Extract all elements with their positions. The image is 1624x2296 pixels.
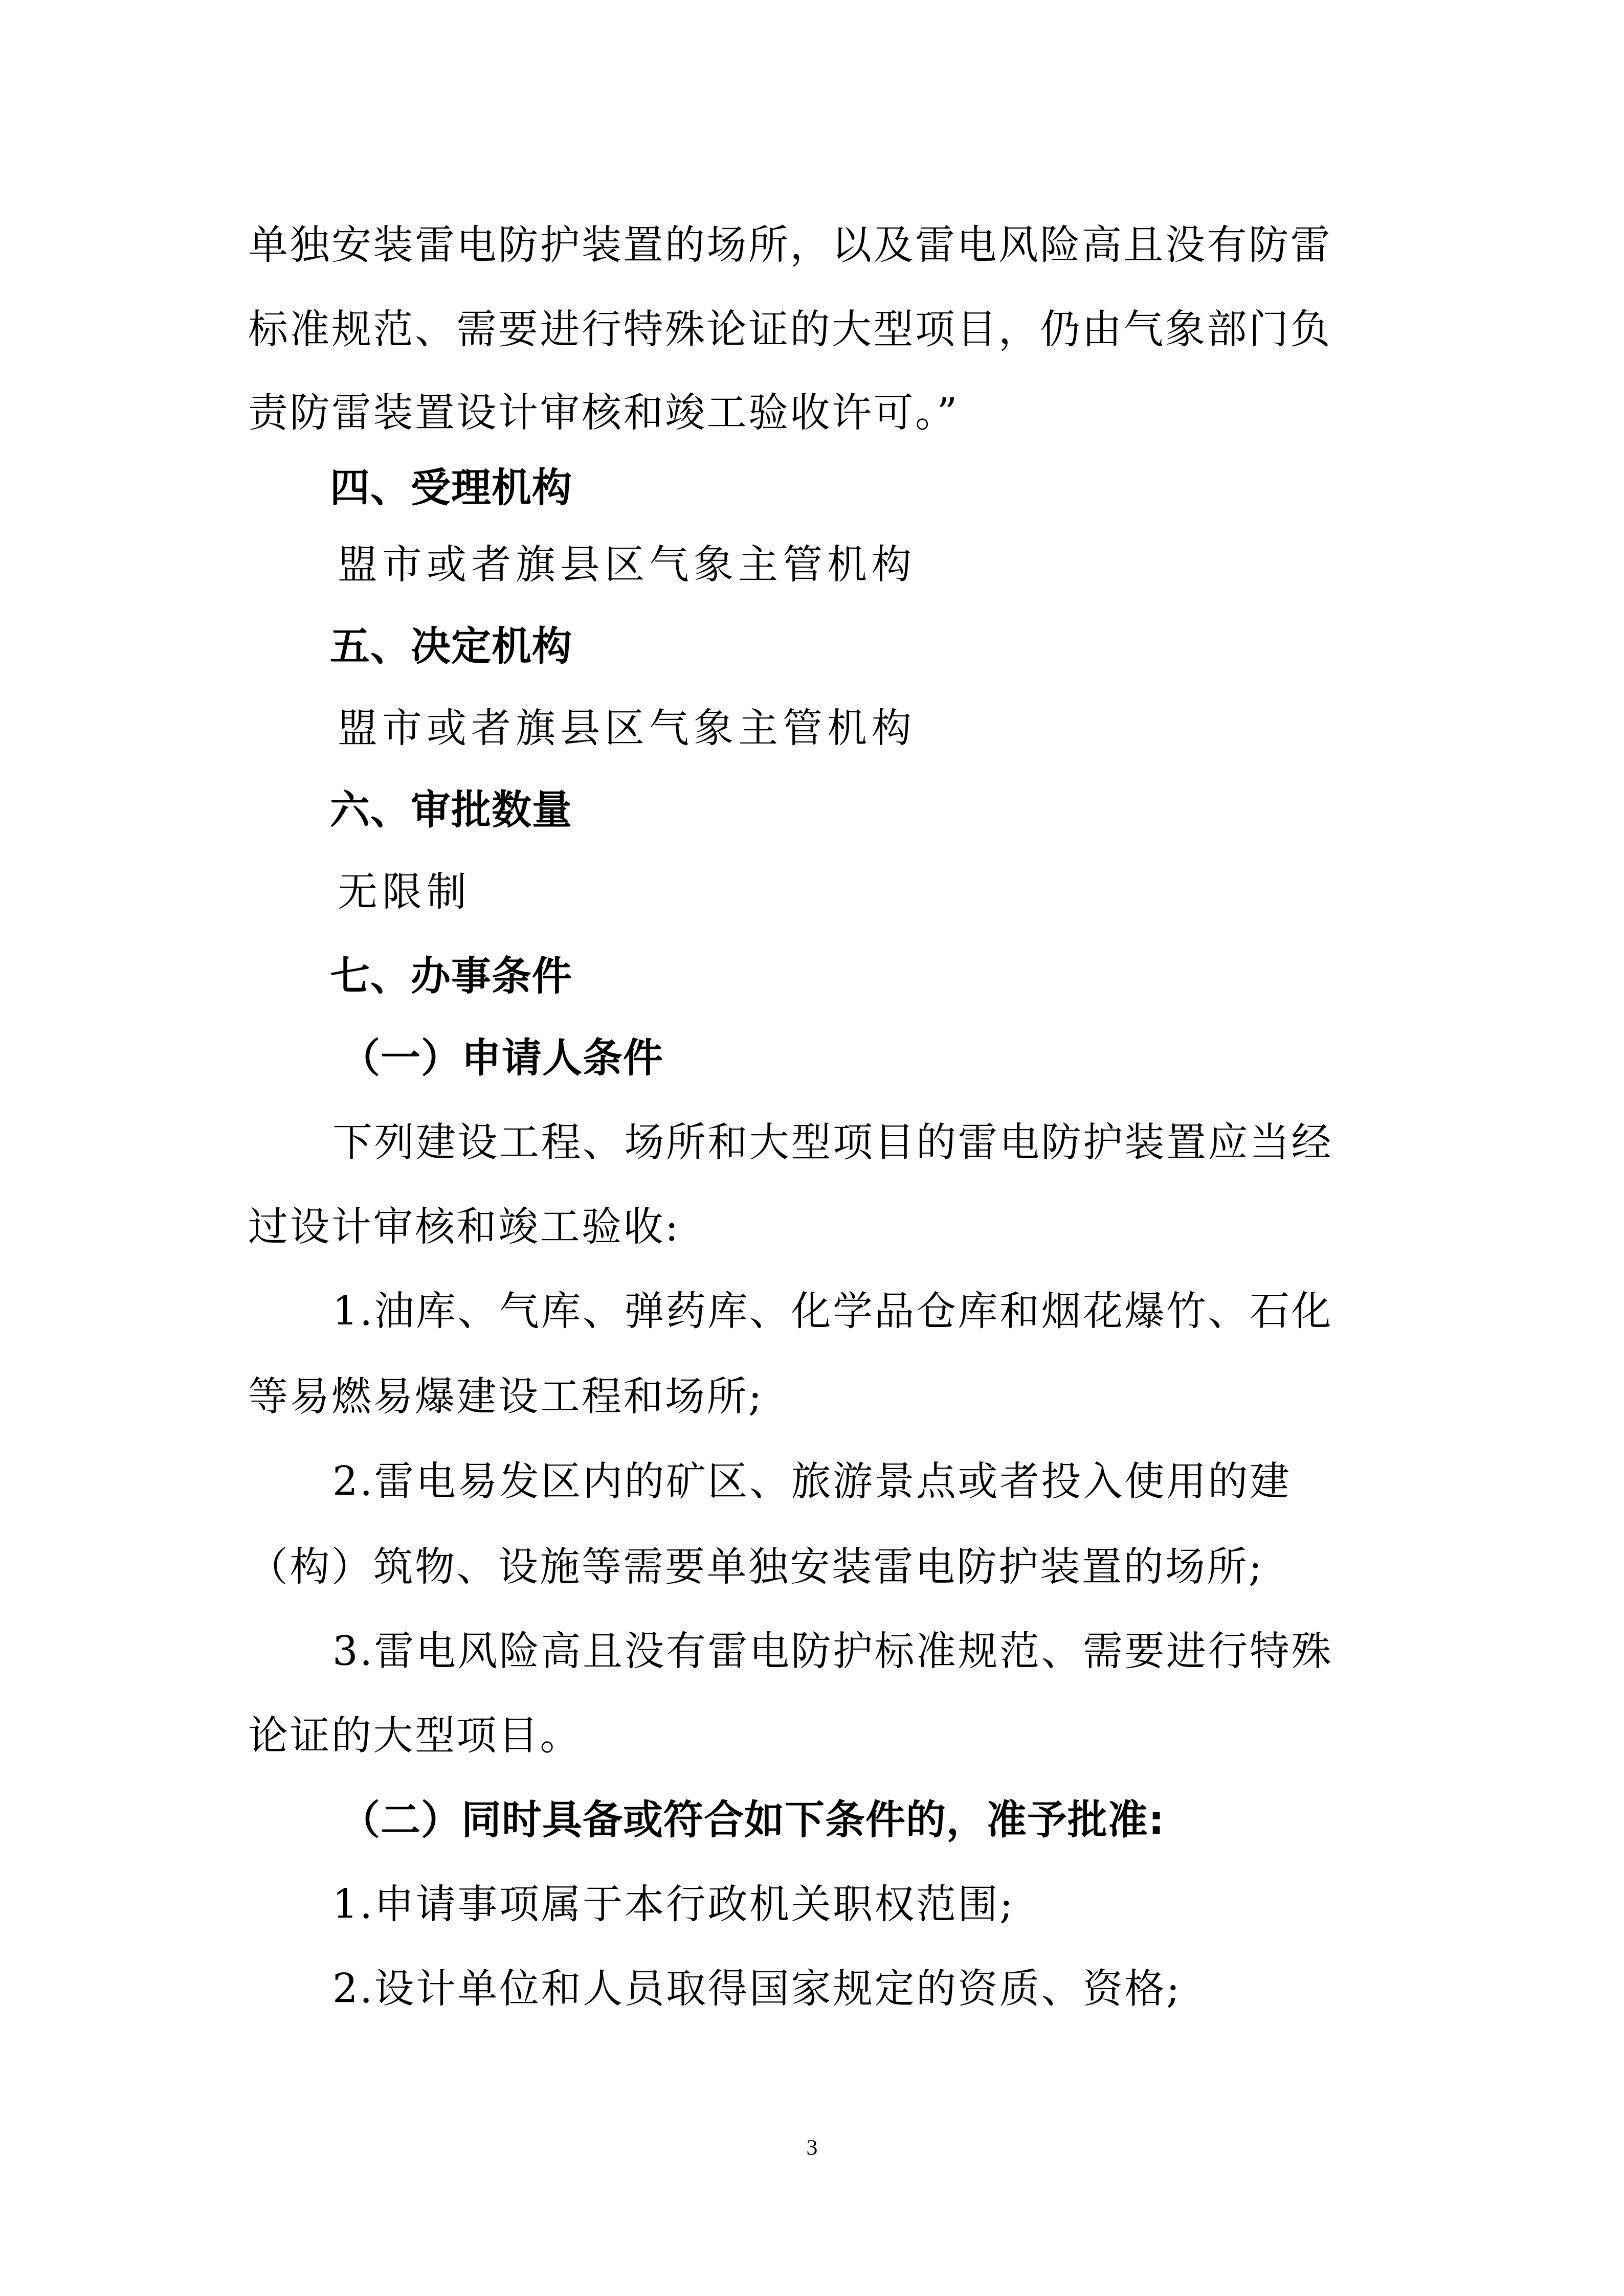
approval-item-1: 1.申请事项属于本行政机关职权范围;: [332, 1874, 1463, 1935]
applicant-item-3-line-1: 3.雷电风险高且没有雷电防护标准规范、需要进行特殊: [332, 1621, 1463, 1682]
applicant-intro-line-2: 过设计审核和竣工验收:: [248, 1197, 1378, 1258]
section-heading-conditions: 七、办事条件: [330, 946, 1460, 1007]
applicant-item-2-line-2: （构）筑物、设施等需要单独安装雷电防护装置的场所;: [248, 1537, 1378, 1598]
applicant-item-2-line-1: 2.雷电易发区内的矿区、旅游景点或者投入使用的建: [332, 1451, 1463, 1513]
section-heading-approval-quantity: 六、审批数量: [330, 780, 1460, 841]
section-heading-acceptance-agency: 四、受理机构: [330, 458, 1460, 519]
subheading-applicant-conditions: （一）申请人条件: [340, 1028, 1471, 1089]
document-page: 单独安装雷电防护装置的场所，以及雷电风险高且没有防雷 标准规范、需要进行特殊论证…: [0, 0, 1624, 2296]
continuation-line-3: 责防雷装置设计审核和竣工验收许可。”: [248, 382, 1378, 444]
continuation-line-2: 标准规范、需要进行特殊论证的大型项目，仍由气象部门负: [248, 299, 1378, 361]
page-number: 3: [0, 2132, 1624, 2163]
approval-quantity-value: 无限制: [338, 862, 1468, 923]
continuation-line-1: 单独安装雷电防护装置的场所，以及雷电风险高且没有防雷: [248, 215, 1378, 276]
applicant-item-3-line-2: 论证的大型项目。: [248, 1705, 1378, 1767]
subheading-approval-conditions: （二）同时具备或符合如下条件的，准予批准:: [340, 1790, 1471, 1851]
section-heading-decision-agency: 五、决定机构: [330, 616, 1460, 678]
acceptance-agency-value: 盟市或者旗县区气象主管机构: [338, 534, 1468, 596]
approval-item-2: 2.设计单位和人员取得国家规定的资质、资格;: [332, 1959, 1463, 2020]
applicant-item-1-line-1: 1.油库、气库、弹药库、化学品仓库和烟花爆竹、石化: [332, 1281, 1463, 1342]
applicant-intro-line-1: 下列建设工程、场所和大型项目的雷电防护装置应当经: [332, 1112, 1463, 1174]
applicant-item-1-line-2: 等易燃易爆建设工程和场所;: [248, 1366, 1378, 1428]
decision-agency-value: 盟市或者旗县区气象主管机构: [338, 698, 1468, 759]
